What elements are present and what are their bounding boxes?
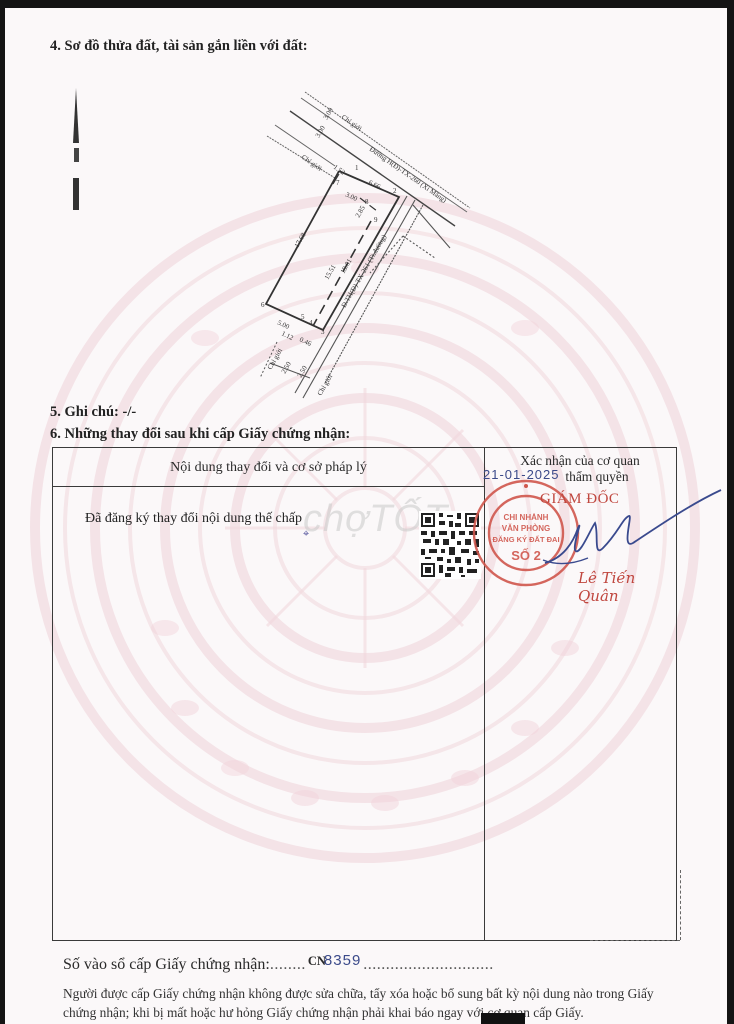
svg-text:2.50: 2.50: [280, 360, 293, 375]
svg-text:0.46: 0.46: [298, 336, 313, 349]
svg-text:Đường H(Đ)-TX-260 (Xi Măng): Đường H(Đ)-TX-260 (Xi Măng): [368, 145, 449, 205]
registration-number-line: Số vào sổ cấp Giấy chứng nhận:........CN…: [63, 954, 494, 974]
header-content-column: Nội dung thay đổi và cơ sở pháp lý: [53, 460, 484, 476]
svg-text:8: 8: [365, 198, 369, 206]
svg-text:1: 1: [355, 164, 359, 172]
bottom-bar: [481, 1013, 525, 1024]
section-6-title: 6. Những thay đổi sau khi cấp Giấy chứng…: [50, 426, 350, 443]
north-arrow-icon: [73, 88, 79, 210]
land-plot-diagram: Chỉ giới 3.00 3.00 Đường H(Đ)-TX-260 (Xi…: [5, 8, 727, 408]
svg-text:19.01: 19.01: [339, 257, 354, 275]
svg-text:6: 6: [261, 301, 265, 309]
svg-text:5: 5: [301, 313, 305, 321]
svg-text:4: 4: [309, 319, 313, 327]
section-5-title: 5. Ghi chú: -/-: [50, 404, 136, 421]
svg-text:3.00: 3.00: [322, 106, 335, 121]
header-divider: [53, 486, 484, 487]
change-content: Đã đăng ký thay đổi nội dung thế chấp: [85, 511, 302, 527]
svg-text:1.12: 1.12: [280, 330, 295, 343]
registration-label: Số vào sổ cấp Giấy chứng nhận:: [63, 956, 270, 973]
registration-dots-after: .............................: [363, 956, 494, 973]
svg-text:9: 9: [374, 216, 378, 224]
registration-number: 8359: [324, 952, 361, 969]
cursor-icon: ⌖: [303, 528, 309, 541]
certificate-page: 4. Sơ đồ thửa đất, tài sản gắn liền với …: [5, 8, 727, 1024]
svg-text:3.00: 3.00: [314, 124, 327, 139]
svg-text:7: 7: [336, 179, 340, 187]
dashed-edge-bottom: [590, 940, 680, 941]
changes-table: Nội dung thay đổi và cơ sở pháp lý Xác n…: [52, 447, 677, 941]
svg-text:2: 2: [393, 187, 397, 195]
svg-text:3: 3: [321, 328, 325, 336]
legal-notice: Người được cấp Giấy chứng nhận không đượ…: [63, 984, 683, 1022]
svg-text:2.85: 2.85: [354, 204, 367, 219]
registration-dots: ........: [270, 956, 306, 973]
signature-icon: [533, 488, 727, 578]
svg-text:15.51: 15.51: [323, 263, 338, 281]
dashed-edge: [680, 870, 681, 940]
svg-text:Chỉ giới: Chỉ giới: [316, 373, 334, 397]
svg-text:3.00: 3.00: [344, 191, 359, 204]
signer-name: Lê Tiến Quân: [578, 569, 676, 605]
svg-text:Chỉ giới: Chỉ giới: [340, 113, 363, 133]
svg-text:1.52: 1.52: [332, 163, 347, 177]
